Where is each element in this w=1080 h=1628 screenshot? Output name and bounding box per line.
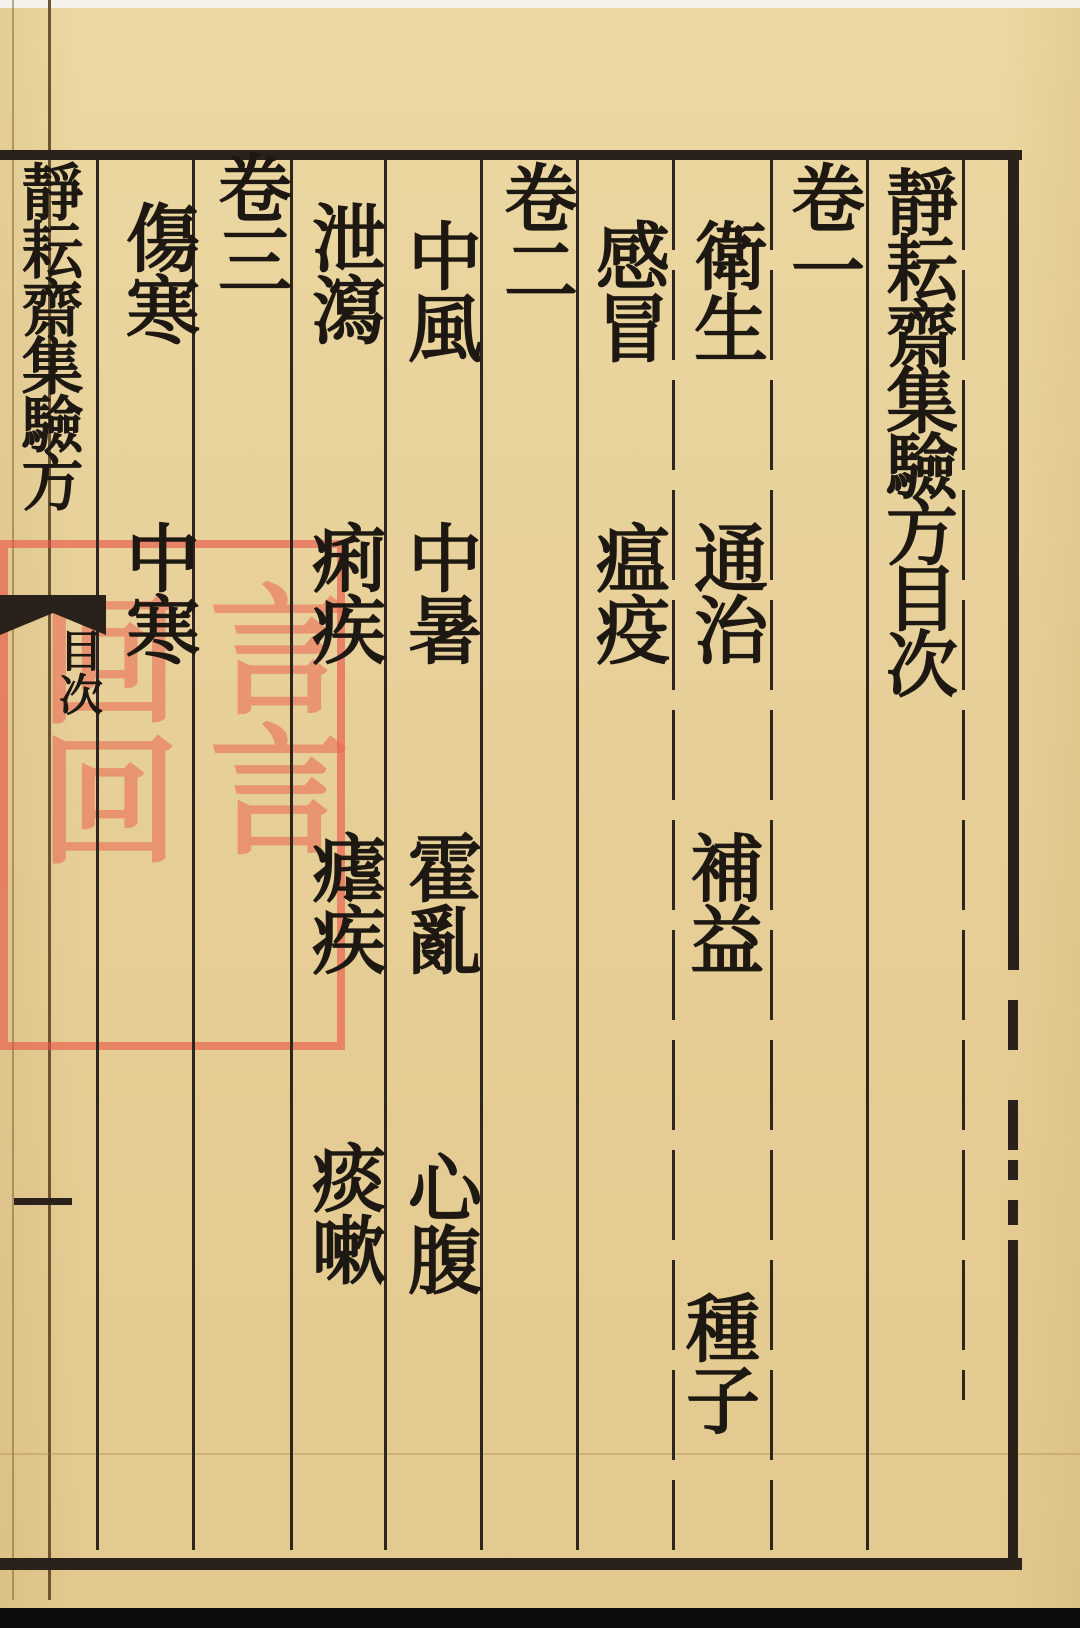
column-rule: [96, 160, 99, 1550]
column-rule: [770, 160, 773, 1550]
frame-right-border: [1008, 1200, 1018, 1225]
frame-right-border: [1008, 1160, 1018, 1180]
toc-entry: 痰嗽: [306, 1140, 380, 1284]
top-border-strip: [0, 0, 1080, 8]
toc-entry: 感冒: [590, 218, 664, 362]
column-rule: [290, 160, 293, 1550]
toc-entry: 傷寒: [120, 200, 194, 344]
document-title: 靜耘齋集驗方目次: [880, 165, 952, 693]
bottom-border-strip: [0, 1608, 1080, 1628]
toc-entry: 痢疾: [306, 520, 380, 664]
frame-bottom-border: [0, 1558, 1022, 1570]
toc-entry: 補益: [684, 830, 758, 974]
toc-entry: 霍亂: [402, 830, 476, 974]
paper-crease: [0, 1453, 1080, 1455]
volume-label: 卷三: [212, 150, 286, 294]
page-number: [14, 1198, 72, 1205]
volume-label: 卷二: [498, 160, 572, 304]
column-rule: [192, 160, 195, 1550]
margin-section-label: 目次: [54, 628, 98, 716]
frame-right-border: [1008, 1000, 1018, 1050]
margin-book-title: 靜耘齋集驗方: [16, 160, 78, 508]
frame-right-border: [1008, 1100, 1018, 1150]
toc-entry: 衛生: [688, 218, 762, 362]
toc-entry: 中寒: [120, 520, 194, 664]
frame-top-border: [0, 150, 1022, 160]
toc-entry: 中暑: [402, 520, 476, 664]
frame-right-border: [1008, 150, 1019, 970]
toc-entry: 心腹: [402, 1150, 476, 1294]
frame-right-border: [1008, 1240, 1018, 1570]
volume-label: 卷一: [785, 160, 859, 304]
toc-entry: 種子: [680, 1290, 754, 1434]
column-rule: [962, 160, 965, 1400]
column-rule: [866, 160, 869, 1550]
toc-entry: 瘟疫: [590, 520, 664, 664]
toc-entry: 通治: [688, 520, 762, 664]
column-rule: [576, 160, 579, 1550]
toc-entry: 瘧疾: [306, 830, 380, 974]
toc-entry: 中風: [402, 218, 476, 362]
toc-entry: 泄瀉: [306, 200, 380, 344]
